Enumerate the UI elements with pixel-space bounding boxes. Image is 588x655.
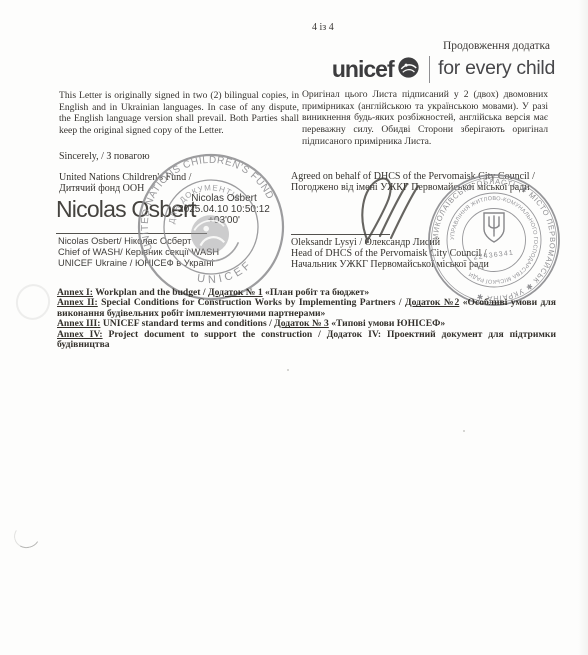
trident-emblem — [484, 213, 504, 242]
annex-item: Annex II: Special Conditions for Constru… — [57, 298, 556, 319]
unicef-logo: unicef for every child — [332, 54, 555, 84]
unicef-round-stamp: UNITED NATIONS CHILDREN'S FUND UNICEF ДЛ… — [136, 152, 286, 302]
unicef-wordmark: unicef — [332, 58, 394, 81]
scan-pen-mark — [11, 521, 42, 551]
scan-speck — [287, 369, 289, 371]
annex-list: Annex I: Workplan and the budget / Додат… — [57, 288, 556, 350]
clause-ukrainian: Оригінал цього Листа підписаний у 2 (дво… — [302, 89, 548, 148]
unicef-globe-icon — [397, 56, 420, 84]
scan-smudge-mark — [11, 279, 55, 324]
logo-divider — [429, 56, 431, 83]
annex-continuation-note: Продовження додатка — [408, 40, 550, 52]
org-name-uk: Дитячий фонд ООН — [59, 183, 144, 194]
clause-english: This Letter is originally signed in two … — [59, 90, 299, 137]
annex-item: Annex IV: Project document to support th… — [57, 330, 556, 351]
scanned-letter-page: { "page": { "page_number": "4 із 4", "he… — [0, 0, 588, 655]
stamp-edrpou-code: 22436341 — [473, 250, 514, 262]
page-number: 4 із 4 — [312, 22, 334, 33]
handwritten-signature — [330, 170, 440, 252]
scan-edge-shading — [578, 0, 588, 655]
scan-speck — [463, 430, 465, 432]
unicef-emblem — [185, 212, 241, 265]
unicef-tagline: for every child — [438, 59, 555, 79]
